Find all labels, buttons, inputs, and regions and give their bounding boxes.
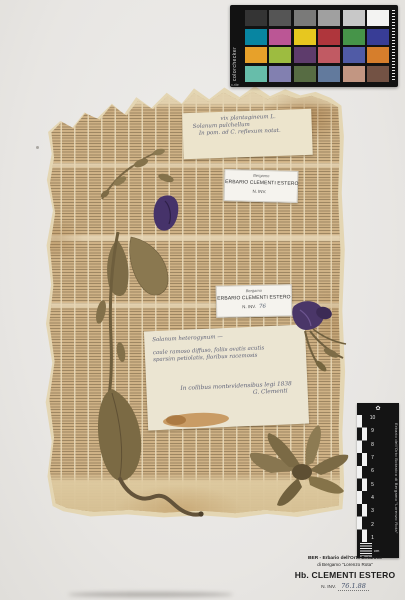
dust-speck: [36, 146, 39, 149]
label-inventory-line: N. INV.76: [217, 303, 291, 311]
colorchecker-brand-text: colorchecker: [232, 11, 238, 81]
institution-text-block: BER - Erbario dell'Orto Botanico di Berg…: [293, 556, 397, 590]
label-title-text: ERBARIO CLEMENTI ESTERO: [225, 179, 297, 187]
color-patch: [269, 10, 291, 26]
scale-bar-ruler: ✿ 12345678910 Erbario dell'Orto Botanico…: [357, 403, 399, 558]
label-inventory-line: N. INV.: [225, 188, 297, 196]
inv-number: 76: [259, 303, 266, 309]
inventory-number-line: N. INV.76.1.88: [293, 582, 397, 590]
colorchecker-patch-grid: [245, 10, 389, 82]
color-patch: [269, 66, 291, 82]
color-patch: [367, 10, 389, 26]
ruler-cm-scale: 12345678910 Erbario dell'Orto Botanico d…: [357, 415, 399, 542]
label-description-lines: Solanum heterogynum —caule ramoso diffus…: [152, 331, 300, 365]
color-patch: [245, 47, 267, 63]
inventory-label-1: Bergamo ERBARIO CLEMENTI ESTERO N. INV.: [224, 169, 299, 203]
ruler-numbers: 12345678910: [367, 415, 378, 542]
color-patch: [367, 66, 389, 82]
ruler-mm-hatch: [360, 543, 372, 557]
inventory-prefix: N. INV.: [321, 585, 336, 590]
ruler-side-text: Erbario dell'Orto Botanico di Bergamo "L…: [378, 415, 399, 542]
color-patch: [269, 47, 291, 63]
label-place-text: Bergamo: [217, 287, 291, 294]
herbarium-specimen-scan: vix plantagineum L.Solanum pulchellumIn …: [0, 0, 405, 600]
color-patch: [318, 29, 340, 45]
ruler-logo-icon: ✿: [357, 403, 399, 415]
color-patch: [245, 10, 267, 26]
colorchecker-chart: colorchecker x-rite: [230, 5, 398, 87]
color-patch: [318, 47, 340, 63]
label-title-text: ERBARIO CLEMENTI ESTERO: [217, 294, 291, 302]
inv-prefix: N. INV.: [242, 303, 256, 308]
color-patch: [367, 29, 389, 45]
color-patch: [343, 47, 365, 63]
inventory-number-handwritten: 76.1.88: [338, 582, 369, 591]
color-patch: [294, 10, 316, 26]
scan-shadow-smudge: [68, 592, 233, 597]
inv-prefix: N. INV.: [252, 188, 266, 193]
color-patch: [343, 10, 365, 26]
institution-line-2: di Bergamo "Lorenzo Rota": [293, 562, 397, 567]
institution-line-1: BER - Erbario dell'Orto Botanico: [293, 556, 397, 562]
color-patch: [245, 66, 267, 82]
xrite-logo-text: x-rite: [231, 83, 239, 87]
color-patch: [367, 47, 389, 63]
ruler-unit-label: cm: [374, 548, 379, 553]
color-patch: [318, 66, 340, 82]
color-patch: [269, 29, 291, 45]
color-patch: [318, 10, 340, 26]
color-patch: [245, 29, 267, 45]
inventory-label-2: Bergamo ERBARIO CLEMENTI ESTERO N. INV.7…: [216, 284, 293, 318]
color-patch: [343, 66, 365, 82]
color-patch: [343, 29, 365, 45]
handwritten-annotation-label: vix plantagineum L.Solanum pulchellumIn …: [182, 109, 313, 159]
main-handwritten-label: Solanum heterogynum —caule ramoso diffus…: [144, 325, 309, 431]
label-place-text: Bergamo: [225, 172, 297, 179]
color-patch: [294, 47, 316, 63]
herbarium-name: Hb. CLEMENTI ESTERO: [293, 570, 397, 580]
color-patch: [294, 66, 316, 82]
color-patch: [294, 29, 316, 45]
colorchecker-edge-ruler: [392, 10, 395, 82]
